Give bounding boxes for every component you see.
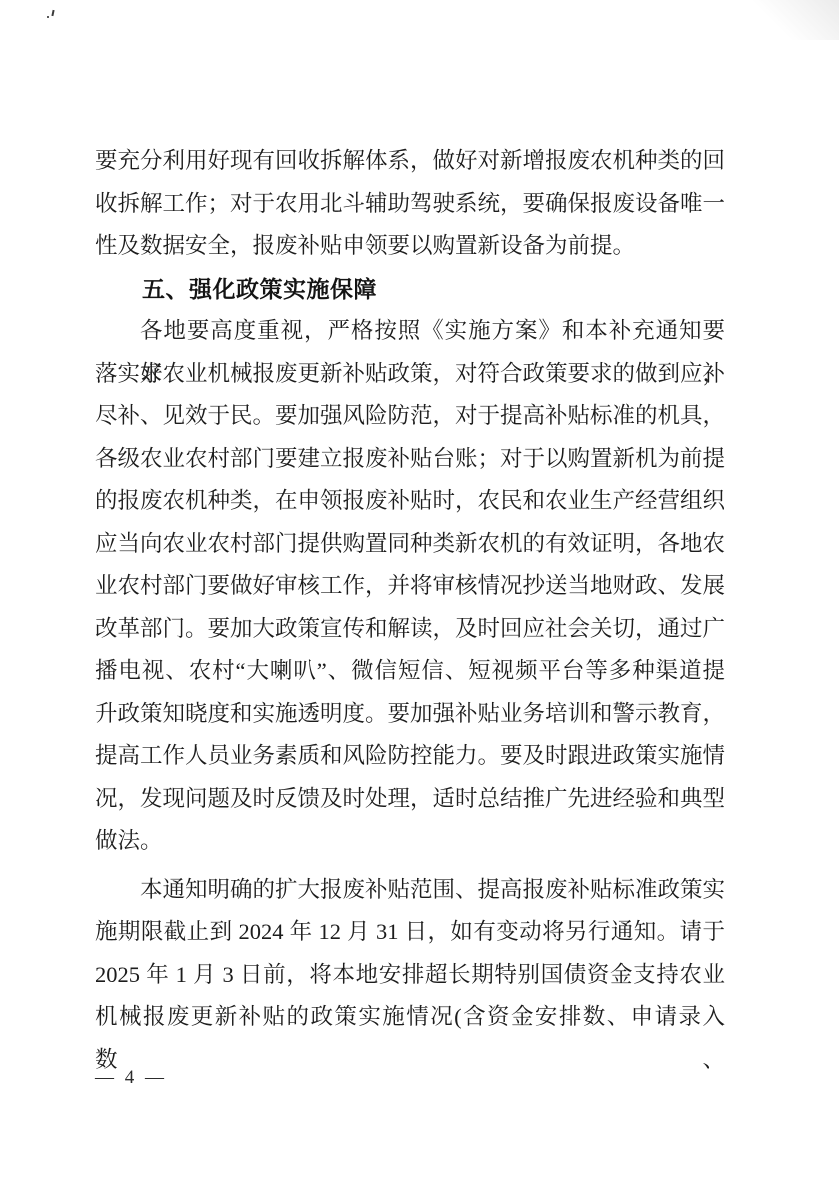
text-line: 应当向农业农村部门提供购置同种类新农机的有效证明，各地农 <box>95 523 725 566</box>
text-line: 收拆解工作；对于农用北斗辅助驾驶系统，要确保报废设备唯一 <box>95 183 725 226</box>
text-line: 2025 年 1 月 3 日前，将本地安排超长期特别国债资金支持农业 <box>95 954 725 997</box>
section-heading: 五、强化政策实施保障 <box>95 268 725 311</box>
text-line: 况，发现问题及时反馈及时处理，适时总结推广先进经验和典型 <box>95 778 725 821</box>
text-line: 播电视、农村“大喇叭”、微信短信、短视频平台等多种渠道提 <box>95 650 725 693</box>
scan-artifact-speck <box>51 10 54 16</box>
text-line: 尽补、见效于民。要加强风险防范，对于提高补贴标准的机具， <box>95 395 725 438</box>
text-line: 升政策知晓度和实施透明度。要加强补贴业务培训和警示教育， <box>95 693 725 736</box>
text-line: 施期限截止到 2024 年 12 月 31 日，如有变动将另行通知。请于 <box>95 911 725 954</box>
text-line: 机械报废更新补贴的政策实施情况(含资金安排数、申请录入数、 <box>95 996 725 1039</box>
text-line: 要充分利用好现有回收拆解体系，做好对新增报废农机种类的回 <box>95 140 725 183</box>
text-line: 性及数据安全，报废补贴申领要以购置新设备为前提。 <box>95 225 725 268</box>
scan-artifact-speck <box>47 16 49 18</box>
page-number: — 4 — <box>95 1066 167 1090</box>
text-line: 做法。 <box>95 820 725 863</box>
text-line: 各地要高度重视，严格按照《实施方案》和本补充通知要求， <box>95 310 725 353</box>
text-line: 业农村部门要做好审核工作，并将审核情况抄送当地财政、发展 <box>95 565 725 608</box>
text-line: 的报废农机种类，在申领报废补贴时，农民和农业生产经营组织 <box>95 480 725 523</box>
text-line: 各级农业农村部门要建立报废补贴台账；对于以购置新机为前提 <box>95 438 725 481</box>
text-line: 落实好农业机械报废更新补贴政策，对符合政策要求的做到应补 <box>95 353 725 396</box>
document-page-body: 要充分利用好现有回收拆解体系，做好对新增报废农机种类的回 收拆解工作；对于农用北… <box>95 140 725 1039</box>
text-line: 改革部门。要加大政策宣传和解读，及时回应社会关切，通过广 <box>95 608 725 651</box>
scan-edge-shadow <box>753 0 839 40</box>
text-line: 本通知明确的扩大报废补贴范围、提高报废补贴标准政策实 <box>95 869 725 912</box>
text-line: 提高工作人员业务素质和风险防控能力。要及时跟进政策实施情 <box>95 735 725 778</box>
